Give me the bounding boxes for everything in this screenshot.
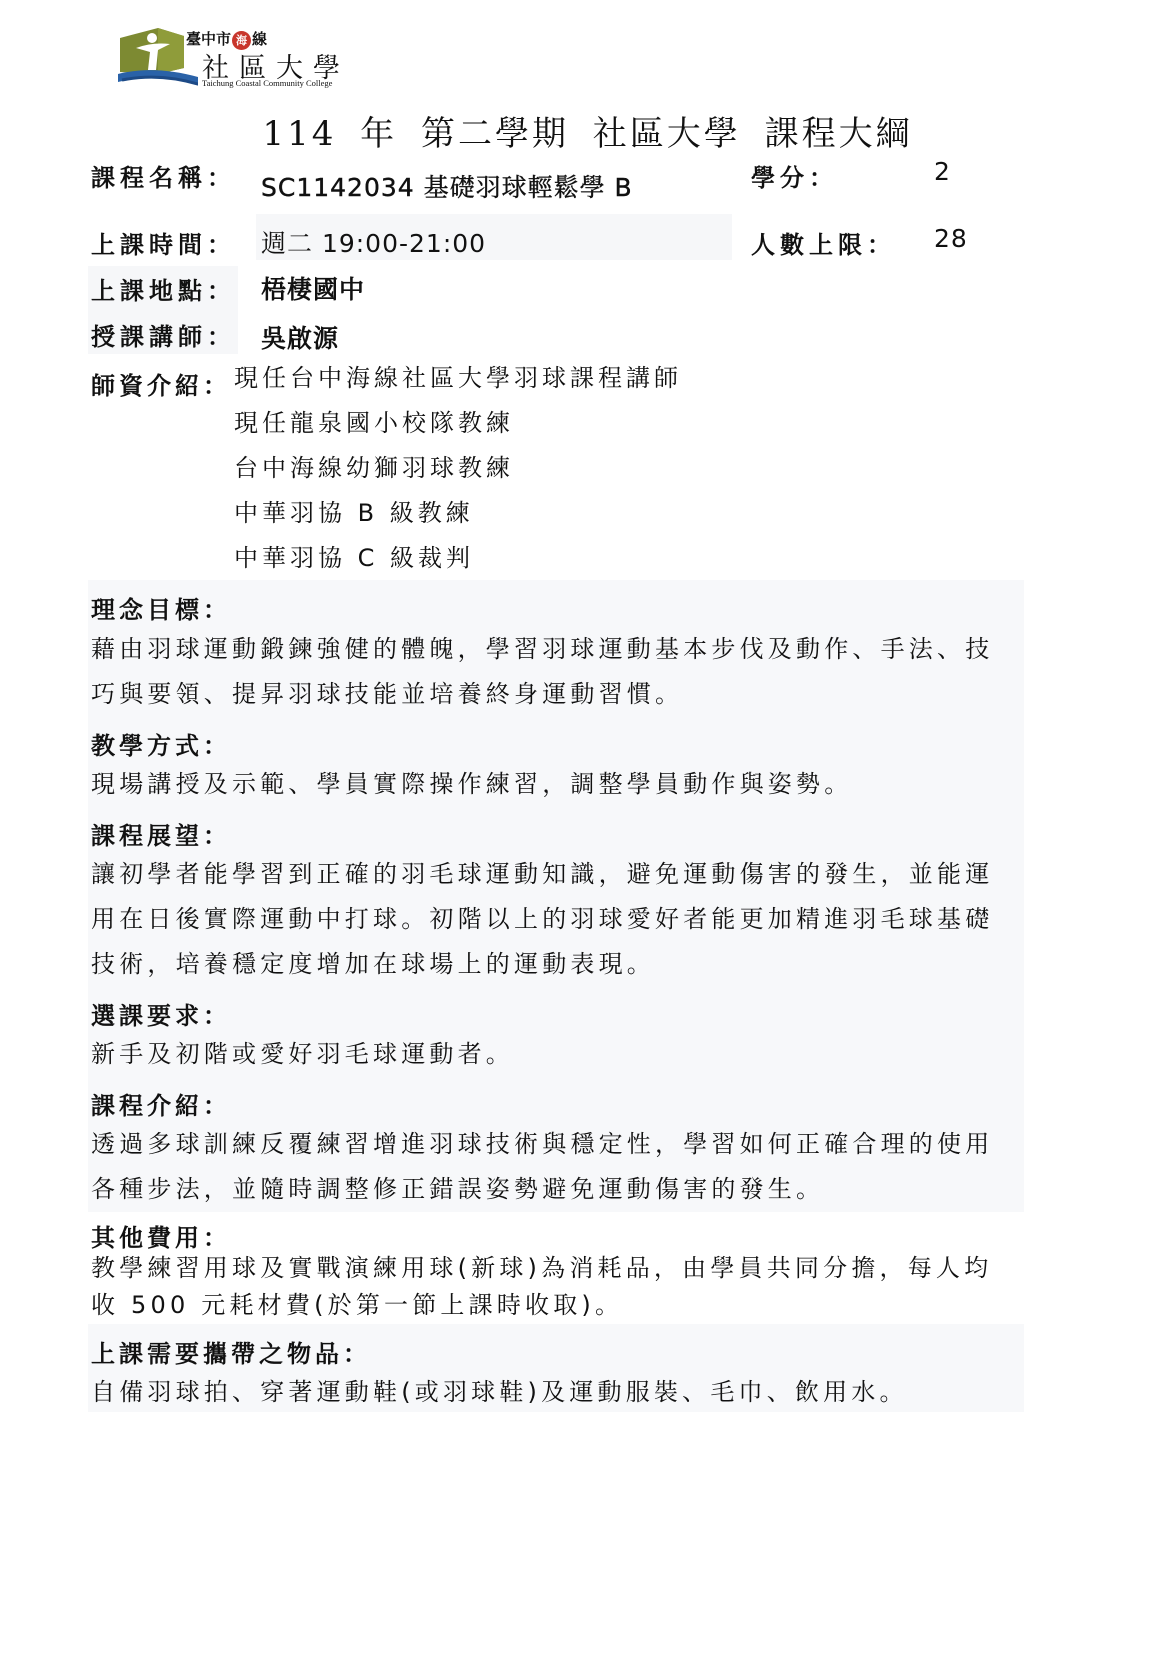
location-value: 梧棲國中 <box>261 270 365 306</box>
section-text-items: 自備羽球拍、穿著運動鞋(或羽球鞋)及運動服裝、毛巾、飲用水。 <box>91 1370 1021 1415</box>
section-text-goals: 藉由羽球運動鍛鍊強健的體魄，學習羽球運動基本步伐及動作、手法、技 巧與要領、提昇… <box>91 627 1021 717</box>
bio-line: 中華羽協 C 級裁判 <box>234 536 474 581</box>
credits-label: 學分： <box>751 158 838 193</box>
section-text-outlook: 讓初學者能學習到正確的羽毛球運動知識，避免運動傷害的發生，並能運 用在日後實際運… <box>91 852 1021 987</box>
instructor-label: 授課講師： <box>91 317 236 352</box>
section-heading-introduction: 課程介紹： <box>91 1086 231 1121</box>
credits-value: 2 <box>934 157 951 186</box>
capacity-value: 28 <box>934 224 968 253</box>
section-text-introduction: 透過多球訓練反覆練習增進羽球技術與穩定性，學習如何正確合理的使用 各種步法，並隨… <box>91 1122 1021 1212</box>
bio-line: 現任台中海線社區大學羽球課程講師 <box>234 356 682 401</box>
location-label: 上課地點： <box>91 271 236 306</box>
logo-english-name: Taichung Coastal Community College <box>202 78 332 88</box>
bio-line: 中華羽協 B 級教練 <box>234 491 474 536</box>
course-name-label: 課程名稱： <box>91 158 236 193</box>
class-time-label: 上課時間： <box>91 225 236 260</box>
bio-line: 台中海線幼獅羽球教練 <box>234 446 514 491</box>
section-text-teaching: 現場講授及示範、學員實際操作練習，調整學員動作與姿勢。 <box>91 762 1021 807</box>
section-heading-outlook: 課程展望： <box>91 816 231 851</box>
section-heading-goals: 理念目標： <box>91 590 231 625</box>
section-heading-fees: 其他費用： <box>91 1218 231 1253</box>
section-heading-teaching: 教學方式： <box>91 726 231 761</box>
section-text-requirements: 新手及初階或愛好羽毛球運動者。 <box>91 1032 1021 1077</box>
bio-label: 師資介紹： <box>91 366 231 401</box>
document-title: 114 年 第二學期 社區大學 課程大綱 <box>0 106 1175 155</box>
capacity-label: 人數上限： <box>751 225 896 260</box>
class-time-value: 週二 19:00-21:00 <box>261 224 486 260</box>
section-heading-items: 上課需要攜帶之物品： <box>91 1334 371 1369</box>
section-text-fees: 教學練習用球及實戰演練用球(新球)為消耗品，由學員共同分擔，每人均 收 500 … <box>91 1250 1021 1324</box>
course-name-value: SC1142034 基礎羽球輕鬆學 B <box>261 168 633 204</box>
instructor-value: 吳啟源 <box>261 319 339 355</box>
bio-line: 現任龍泉國小校隊教練 <box>234 401 514 446</box>
section-heading-requirements: 選課要求： <box>91 996 231 1031</box>
college-logo: 臺中市海線 社區大學 Taichung Coastal Community Co… <box>118 24 358 90</box>
